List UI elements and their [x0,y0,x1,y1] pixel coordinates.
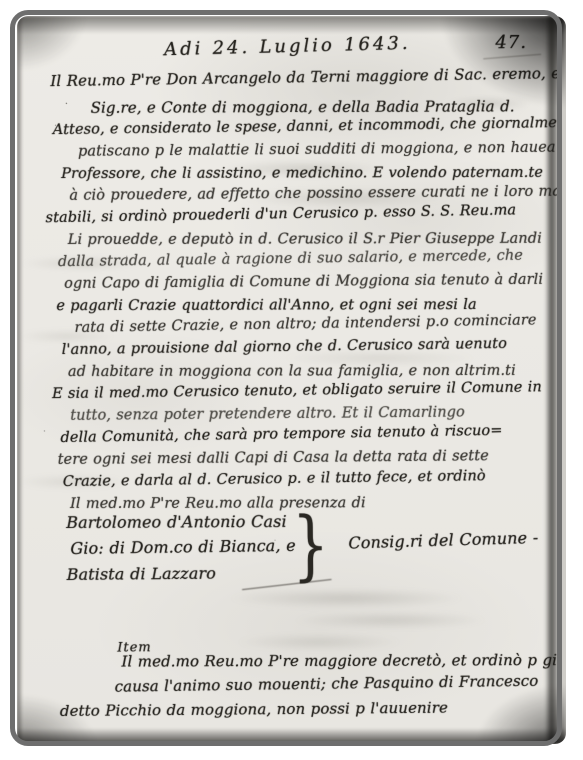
manuscript-line: patiscano p le malattie li suoi sudditi … [78,136,566,162]
witness-name: Bartolomeo d'Antonio Casi [66,509,295,536]
councillors-brace: } [292,500,329,589]
witness-list: Bartolomeo d'Antonio CasiGio: di Dom.co … [66,508,296,588]
manuscript-line: ogni Capo di famiglia di Comune di Moggi… [64,268,566,295]
handwritten-content: Adi 24. Luglio 1643. 47. Il Reu.mo P're … [17,16,566,744]
scan-left-shadow [17,16,23,744]
decree-paragraph: Atteso, e considerato le spese, danni, e… [43,114,566,515]
date-line: Adi 24. Luglio 1643. [164,33,411,60]
scan-right-shadow [545,16,559,744]
scan-bottomleft-shadow [17,694,97,744]
witness-name: Batista di Lazzaro [67,560,297,588]
manuscript-scan: Adi 24. Luglio 1643. 47. Il Reu.mo P're … [17,16,566,744]
scan-topleft-shadow [17,16,87,71]
scanned-manuscript-page: Adi 24. Luglio 1643. 47. Il Reu.mo P're … [0,0,583,760]
witness-name: Gio: di Dom.co di Bianca, e [70,533,296,562]
councillors-label: Consig.ri del Comune - [348,528,538,553]
scan-bottomright-shadow [476,684,566,744]
